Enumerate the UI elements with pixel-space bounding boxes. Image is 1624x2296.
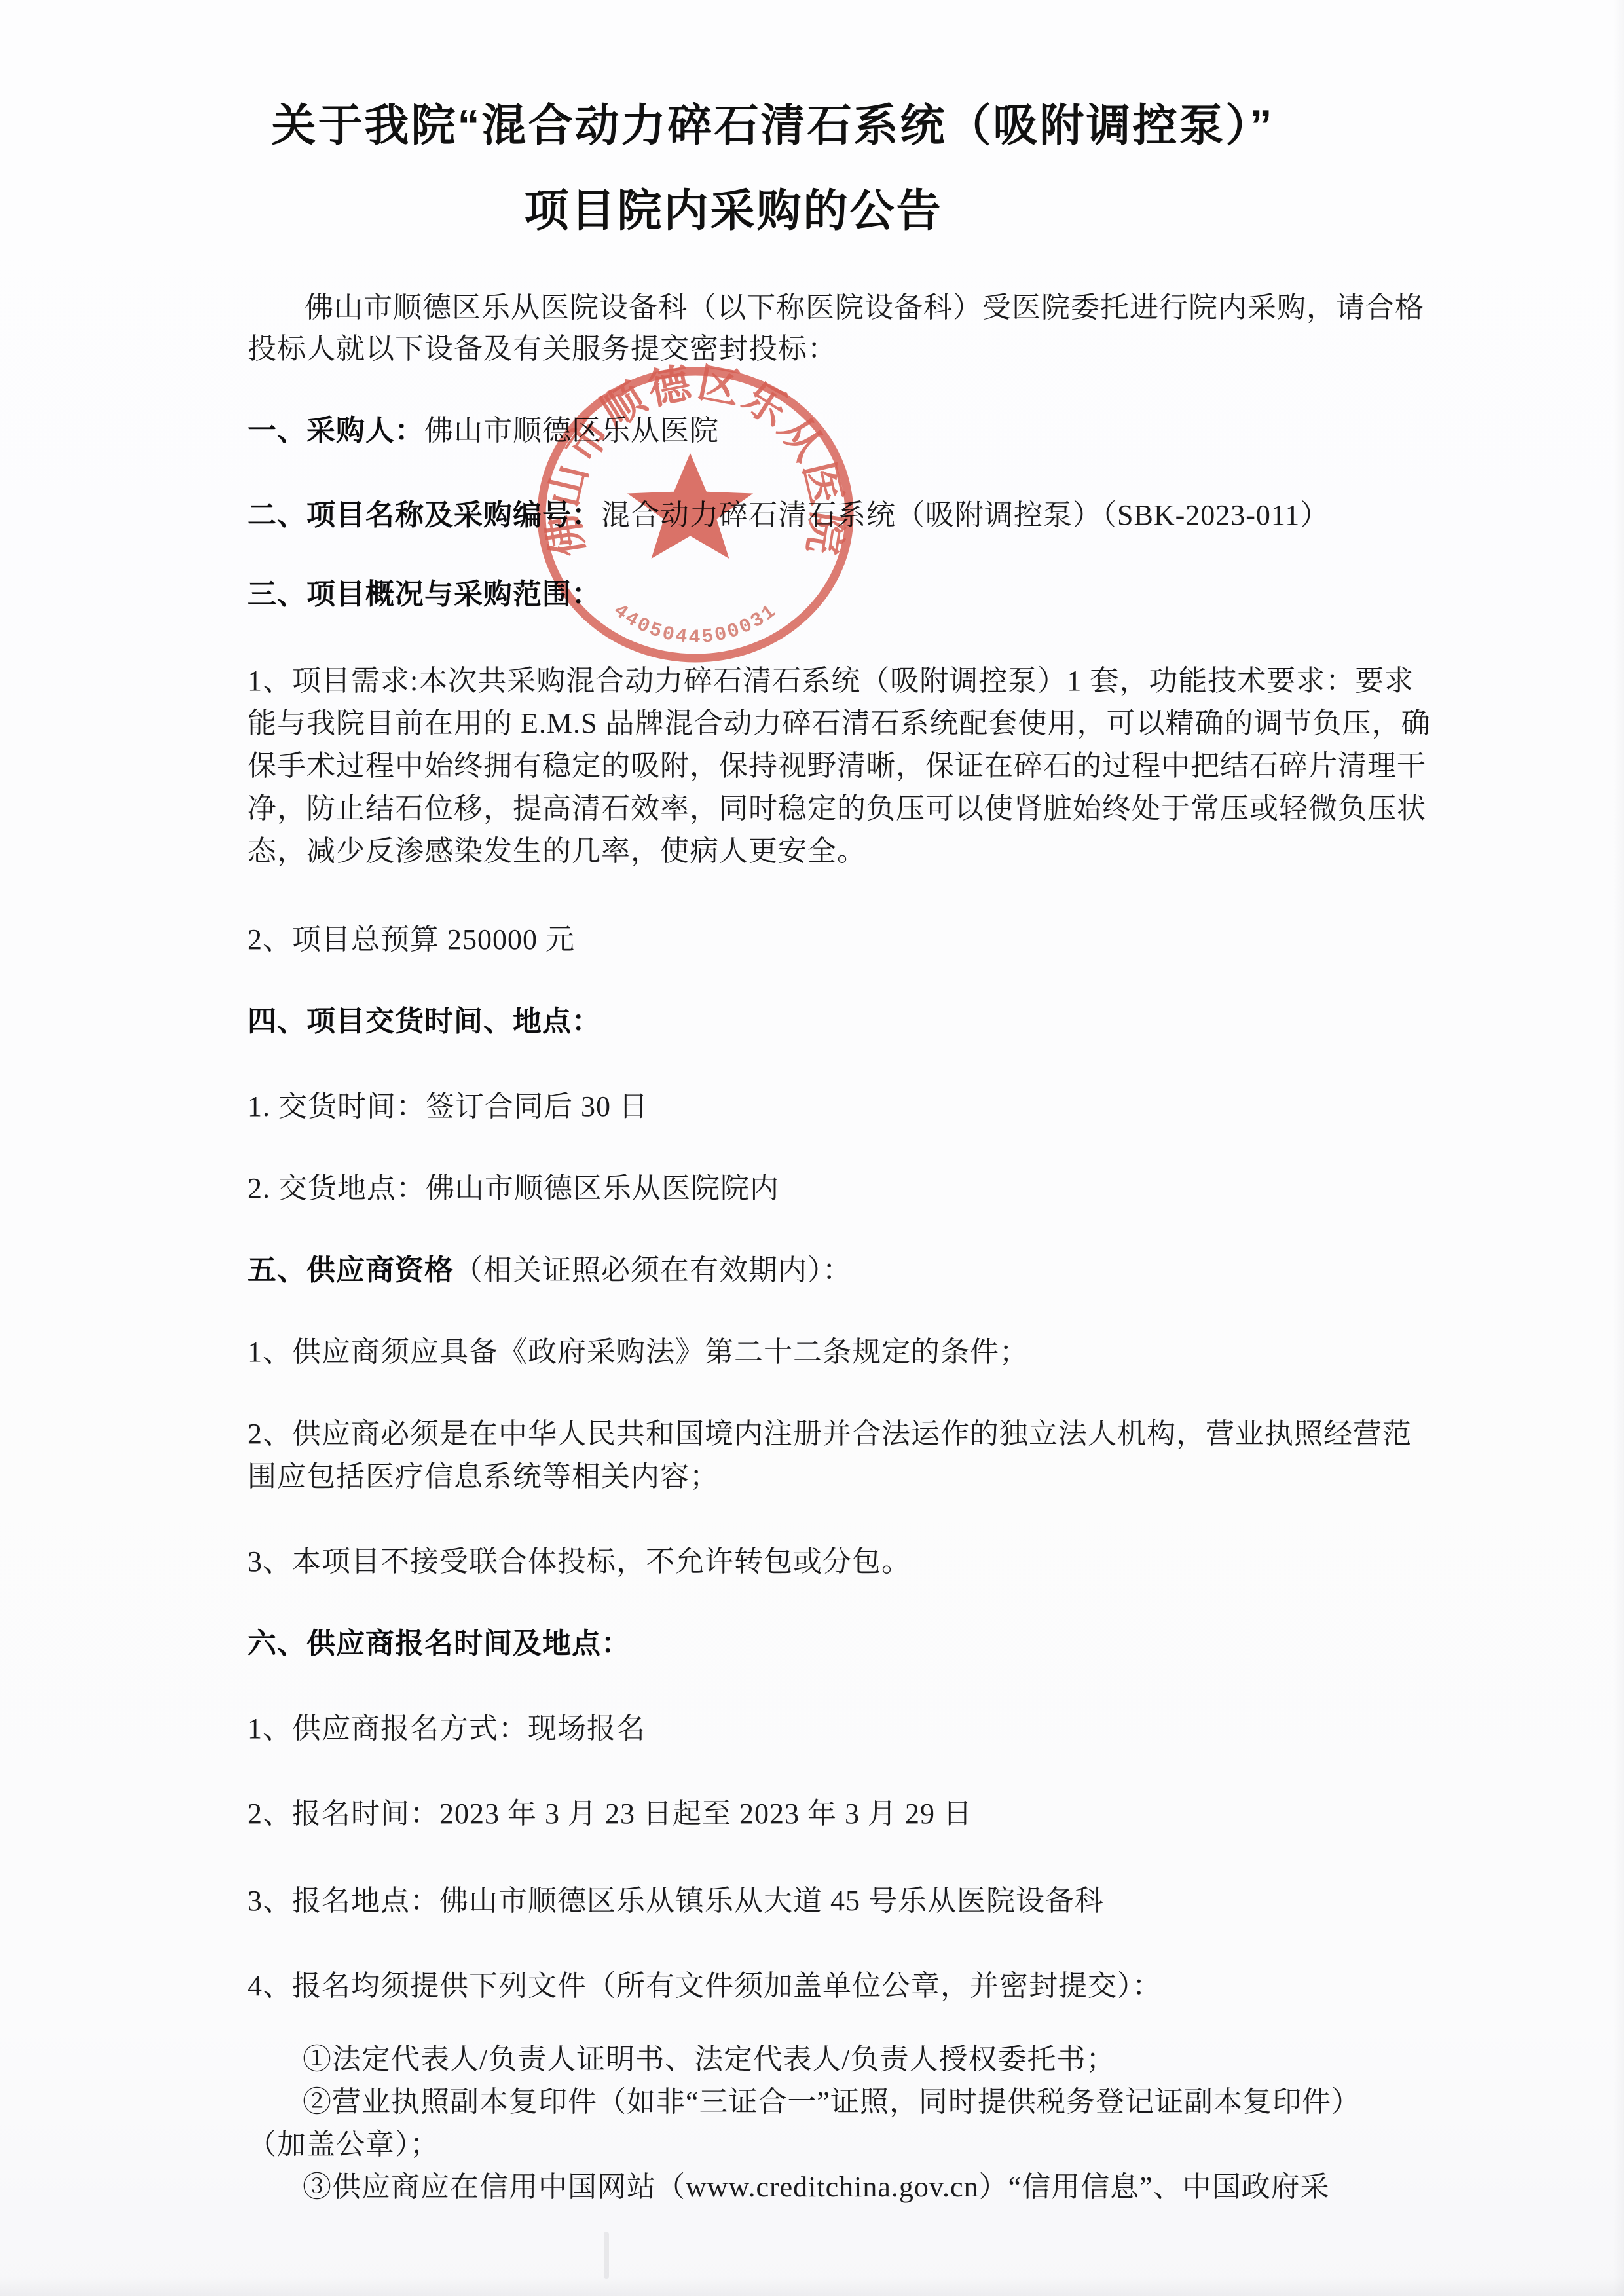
document-item-2: ②营业执照副本复印件（如非“三证合一”证照，同时提供税务登记证副本复印件）	[303, 2081, 1361, 2124]
scan-artifact	[604, 2232, 609, 2279]
requirement-line-3: 保手术过程中始终拥有稳定的吸附，保持视野清晰，保证在碎石的过程中把结石碎片清理干	[248, 745, 1426, 788]
section-6-heading: 六、供应商报名时间及地点：	[248, 1627, 631, 1659]
document-item-3: ③供应商应在信用中国网站（www.creditchina.gov.cn）“信用信…	[303, 2166, 1330, 2209]
section-1-heading: 一、采购人：	[248, 415, 424, 447]
section-5-heading: 五、供应商资格	[248, 1254, 454, 1286]
section-5-qualification: 五、供应商资格（相关证照必须在有效期内）：	[248, 1249, 852, 1292]
requirement-line-2: 能与我院目前在用的 E.M.S 品牌混合动力碎石清石系统配套使用，可以精确的调节…	[248, 702, 1430, 745]
section-4-delivery: 四、项目交货时间、地点：	[248, 1000, 601, 1043]
requirement-line-5: 态，减少反渗感染发生的几率，使病人更安全。	[248, 830, 866, 873]
registration-method-line: 1、供应商报名方式：现场报名	[248, 1707, 646, 1750]
seal-number-text: 4405044500031	[609, 600, 782, 649]
page-edge-right	[1614, 0, 1624, 2296]
page-title-line-2: 项目院内采购的公告	[0, 178, 1467, 244]
registration-documents-line: 4、报名均须提供下列文件（所有文件须加盖单位公章，并密封提交）：	[248, 1965, 1162, 2008]
official-seal: 佛山市顺德区乐从医院 4405044500031	[519, 338, 872, 692]
qualification-item-3: 3、本项目不接受联合体投标，不允许转包或分包。	[248, 1540, 911, 1583]
budget-line: 2、项目总预算 250000 元	[248, 918, 575, 961]
registration-place-line: 3、报名地点：佛山市顺德区乐从镇乐从大道 45 号乐从医院设备科	[248, 1879, 1104, 1923]
qualification-item-2-line-1: 2、供应商必须是在中华人民共和国境内注册并合法运作的独立法人机构，营业执照经营范	[248, 1413, 1412, 1456]
page-edge-bottom	[0, 2276, 1624, 2296]
section-6-registration: 六、供应商报名时间及地点：	[248, 1622, 631, 1665]
document-item-2-continuation: （加盖公章）；	[248, 2123, 439, 2166]
page-title-line-1: 关于我院“混合动力碎石清石系统（吸附调控泵）”	[0, 93, 1545, 158]
section-5-heading-suffix: （相关证照必须在有效期内）：	[454, 1254, 852, 1286]
seal-star-icon	[627, 453, 753, 559]
document-page: 关于我院“混合动力碎石清石系统（吸附调控泵）” 项目院内采购的公告 佛山市顺德区…	[0, 0, 1624, 2296]
requirement-line-4: 净，防止结石位移，提高清石效率，同时稳定的负压可以使肾脏始终处于常压或轻微负压状	[248, 787, 1426, 830]
qualification-item-1: 1、供应商须应具备《政府采购法》第二十二条规定的条件；	[248, 1331, 1029, 1374]
delivery-time-line: 1. 交货时间：签订合同后 30 日	[248, 1085, 648, 1128]
registration-time-line: 2、报名时间：2023 年 3 月 23 日起至 2023 年 3 月 29 日	[248, 1792, 972, 1836]
qualification-item-2-line-2: 围应包括医疗信息系统等相关内容；	[248, 1455, 719, 1498]
section-4-heading: 四、项目交货时间、地点：	[248, 1005, 601, 1037]
intro-line-1: 佛山市顺德区乐从医院设备科（以下称医院设备科）受医院委托进行院内采购，请合格	[304, 286, 1424, 329]
document-item-1: ①法定代表人/负责人证明书、法定代表人/负责人授权委托书；	[303, 2038, 1115, 2081]
delivery-place-line: 2. 交货地点：佛山市顺德区乐从医院院内	[248, 1167, 779, 1210]
